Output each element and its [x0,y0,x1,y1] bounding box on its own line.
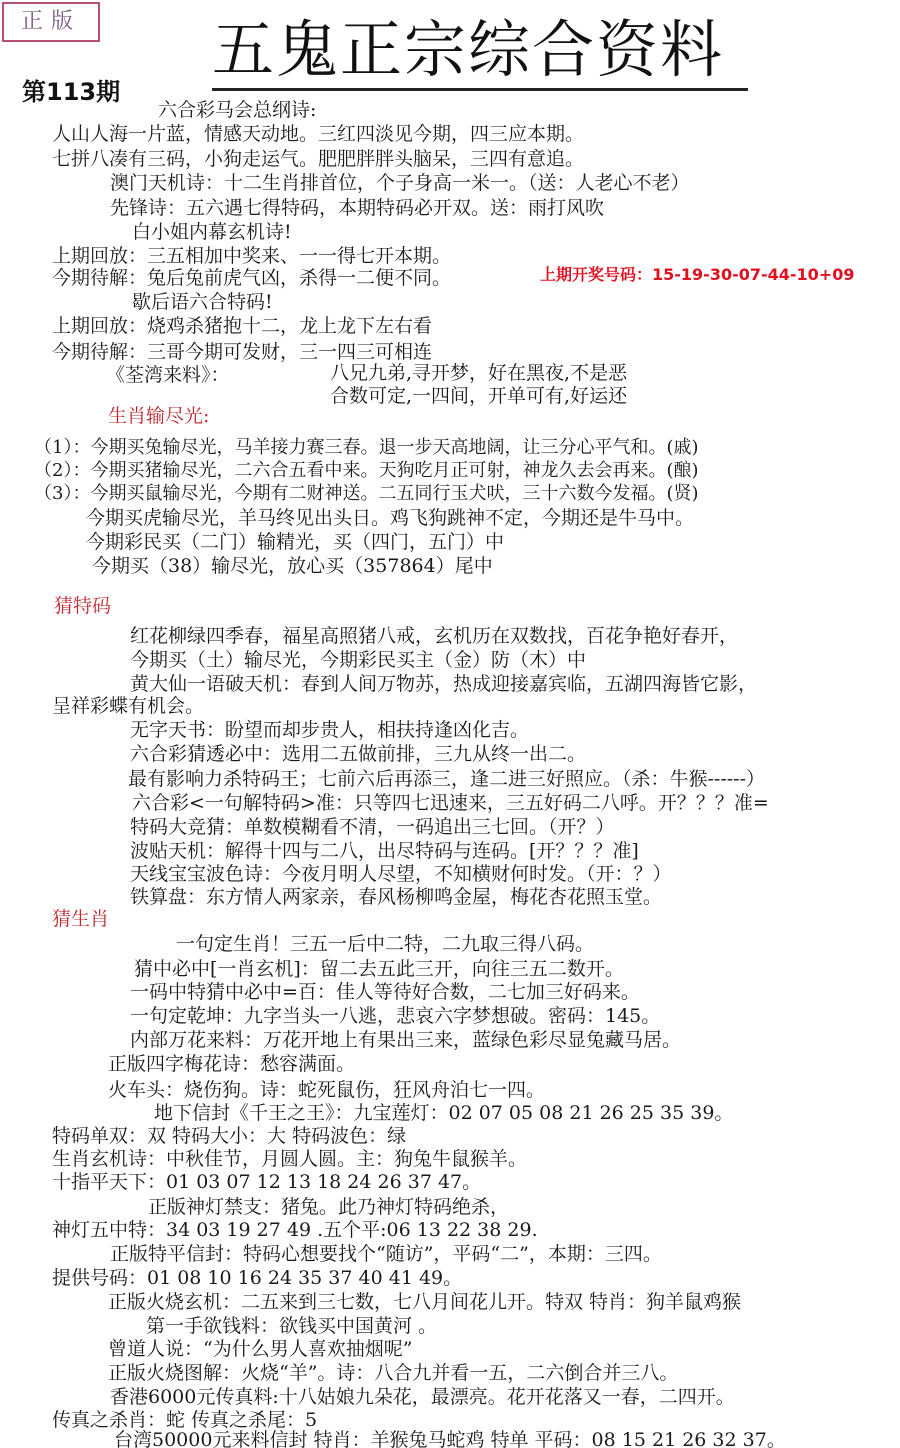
zodiac-guess-line: 一句定乾坤：九字当头一八逃，悲哀六字梦想破。密码：145。 [130,1004,660,1028]
zodiac-guess-line: 一句定生肖！三五一后中二特，二九取三得八码。 [176,932,594,956]
zodiac-line: 今期买（38）输尽光，放心买（357864）尾中 [92,554,493,578]
zodiac-guess-line: 正版神灯禁支：猪兔。此乃神灯特码绝杀， [148,1195,509,1219]
code-line: 六合彩猜透必中：选用二五做前排，三九从终一出二。 [130,742,586,766]
zodiac-guess-line: 特码单双：双 特码大小：大 特码波色：绿 [52,1124,406,1148]
code-line: 红花柳绿四季春，福星高照猪八戒，玄机历在双数找，百花争艳好春开， [130,624,738,648]
poem-line: 今期待解：兔后兔前虎气凶，杀得一二便不同。 [52,266,451,290]
poem-line: 七拼八凑有三码，小狗走运气。肥肥胖胖头脑呆，三四有意追。 [52,147,584,171]
zodiac-guess-line: 地下信封《千王之王》：九宝莲灯：02 07 05 08 21 26 25 35 … [154,1101,733,1125]
zodiac-item: （1）：今期买兔输尽光，马羊接力赛三春。退一步天高地阔，让三分心平气和。(戚) [34,436,699,460]
section-heading-guess-zodiac: 猜生肖 [52,907,109,931]
zodiac-guess-line: 火车头：烧伤狗。诗：蛇死鼠伤，狂风舟泊七一四。 [108,1078,545,1102]
code-line: 天线宝宝波色诗：今夜月明人尽望，不知横财何时发。（开：？） [130,862,672,886]
zodiac-guess-line: 十指平天下：01 03 07 12 13 18 24 26 37 47。 [52,1170,481,1194]
zodiac-line: 今期买虎输尽光，羊马终见出头日。鸡飞狗跳神不定，今期还是牛马中。 [86,506,694,530]
page-title: 五鬼正宗综合资料 [212,14,748,91]
poem-line: 澳门天机诗：十二生肖排首位，个子身高一米一。（送：人老心不老） [110,171,690,195]
poem-line: 八兄九弟,寻开梦，好在黑夜,不是恶 [330,361,627,385]
section-heading-guess-code: 猜特码 [54,594,111,618]
zodiac-guess-line: 正版四字梅花诗：愁容满面。 [108,1052,355,1076]
section-heading-zodiac-lose: 生肖输尽光: [108,404,209,428]
zodiac-guess-line: 第一手欲钱料：欲钱买中国黄河 。 [146,1314,437,1338]
zodiac-guess-line: 内部万花来料：万花开地上有果出三来，蓝绿色彩尽显兔藏马居。 [130,1028,681,1052]
zodiac-guess-line: 生肖玄机诗：中秋佳节，月圆人圆。主：狗兔牛鼠猴羊。 [52,1147,527,1171]
zodiac-guess-line: 正版特平信封：特码心想要找个“随访”，平码“二”，本期：三四。 [110,1242,662,1266]
code-line: 六合彩<一句解特码>准：只等四七迅速来，三五好码二八呼。开？？？准= [132,791,769,815]
code-line: 特码大竞猜：单数模糊看不清，一码追出三七回。（开？） [130,815,615,839]
zodiac-guess-line: 神灯五中特：34 03 19 27 49 .五个平:06 13 22 38 29… [52,1218,538,1242]
zodiac-guess-line: 猜中必中[一肖玄机]：留二去五此三开，向往三五二数开。 [134,957,624,981]
poem-line: 歇后语六合特码! [132,290,273,314]
poem-line: 上期回放：三五相加中奖来、一一得七开本期。 [52,244,451,268]
code-line: 波贴天机：解得十四与二八，出尽特码与连码。[开？？？准] [130,839,639,863]
code-line: 无字天书：盼望而却步贵人，相扶持逢凶化吉。 [130,718,529,742]
code-line: 黄大仙一语破天机：春到人间万物苏，热成迎接嘉宾临，五湖四海皆它影， [130,672,757,696]
code-line: 呈祥彩蝶有机会。 [52,694,204,718]
poem-line: 白小姐内幕玄机诗! [132,220,292,244]
poem-line: 先锋诗：五六遇七得特码，本期特码必开双。送：雨打风吹 [110,196,604,220]
zodiac-guess-line: 正版火烧玄机：二五来到三七数，七八月间花儿开。特双 特肖：狗羊鼠鸡猴 [108,1290,741,1314]
last-draw-numbers: 上期开奖号码：15-19-30-07-44-10+09 [540,262,854,285]
poem-line: 合数可定,一四间，开单可有,好运还 [330,384,627,408]
zodiac-guess-line: 提供号码：01 08 10 16 24 35 37 40 41 49。 [52,1266,462,1290]
zodiac-line: 今期彩民买（二门）输精光，买（四门，五门）中 [86,530,504,554]
poem-line: 人山人海一片蓝，情感天动地。三红四淡见今期，四三应本期。 [52,122,584,146]
zodiac-item: （2）：今期买猪输尽光，二六合五看中来。天狗吃月正可射，神龙久去会再来。(酿) [34,459,699,483]
zodiac-guess-line: 香港6000元传真料:十八姑娘九朵花，最漂亮。花开花落又一春，二四开。 [110,1385,735,1409]
zodiac-guess-line: 一码中特猜中必中=百：佳人等待好合数，二七加三好码来。 [130,980,640,1004]
code-line: 最有影响力杀特码王；七前六后再添三，逢二进三好照应。（杀：牛猴------） [128,767,765,791]
zodiac-guess-line: 正版火烧图解：火烧“羊”。诗：八合九并看一五，二六倒合并三八。 [108,1361,678,1385]
code-line: 今期买（土）输尽光，今期彩民买主（金）防（木）中 [130,648,586,672]
poem-label: 《荃湾来料》： [106,363,230,387]
zodiac-item: （3）：今期买鼠输尽光，今期有二财神送。二五同行玉犬吠，三十六数今发福。(贤) [34,482,699,506]
authentic-badge: 正版 [2,2,100,42]
poem-heading: 六合彩马会总纲诗: [158,98,316,122]
poem-line: 上期回放：烧鸡杀猪抱十二，龙上龙下左右看 [52,314,432,338]
zodiac-guess-line: 曾道人说：“为什么男人喜欢抽烟呢” [108,1337,412,1361]
zodiac-guess-line: 台湾50000元来料信封 特肖：羊猴兔马蛇鸡 特单 平码：08 15 21 26… [114,1428,786,1448]
code-line: 铁算盘：东方情人两家亲，春风杨柳鸣金屋，梅花杏花照玉堂。 [130,885,662,909]
issue-number: 第113期 [22,72,120,107]
